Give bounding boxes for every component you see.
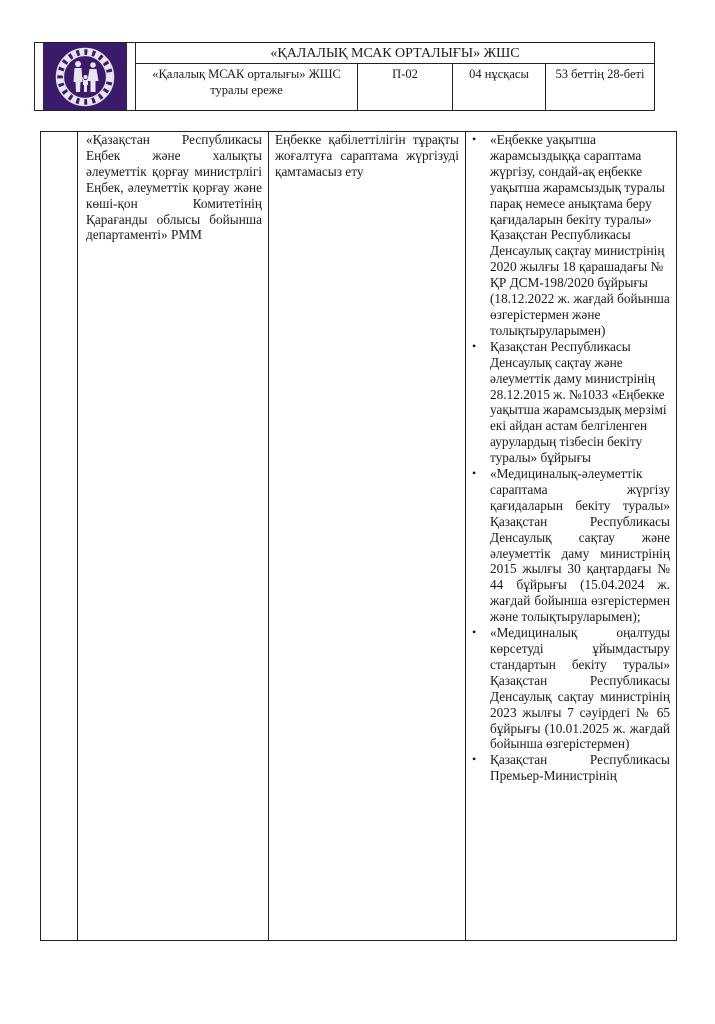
purpose-text: Еңбекке қабілеттілігін тұрақты жоғалтуға… <box>275 132 459 180</box>
purpose-cell: Еңбекке қабілеттілігін тұрақты жоғалтуға… <box>269 132 466 940</box>
bullet-icon: • <box>472 625 476 641</box>
content-table: «Қазақстан Республикасы Еңбек және халық… <box>40 131 677 941</box>
organization-cell: «Қазақстан Республикасы Еңбек және халық… <box>78 132 269 940</box>
document-header: «ҚАЛАЛЫҚ МСАК ОРТАЛЫҒЫ» ЖШС «Қалалық МСА… <box>34 42 655 111</box>
bullet-icon: • <box>472 466 476 482</box>
document-version: 04 нұсқасы <box>453 64 546 110</box>
bullet-icon: • <box>472 339 476 355</box>
reference-text: «Еңбекке уақытша жарамсыздыққа сараптама… <box>490 132 670 338</box>
logo <box>43 43 127 110</box>
row-number-cell <box>41 132 78 940</box>
family-in-circle-logo-icon <box>52 46 118 108</box>
organization-text: «Қазақстан Республикасы Еңбек және халық… <box>86 132 262 243</box>
list-item: • Қазақстан Республикасы Премьер-Министр… <box>466 752 670 784</box>
list-item: • «Медициналық-әлеуметтік сараптама жүрг… <box>466 466 670 625</box>
references-cell: • «Еңбекке уақытша жарамсыздыққа сарапта… <box>466 132 676 940</box>
list-item: • «Медициналық оңалтуды көрсетуді ұйымда… <box>466 625 670 752</box>
organization-title: «ҚАЛАЛЫҚ МСАК ОРТАЛЫҒЫ» ЖШС <box>136 43 654 64</box>
list-item: • «Еңбекке уақытша жарамсыздыққа сарапта… <box>466 132 670 339</box>
reference-text: «Медициналық оңалтуды көрсетуді ұйымдаст… <box>490 625 670 751</box>
bullet-icon: • <box>472 752 476 768</box>
bullet-icon: • <box>472 132 476 148</box>
page-number: 53 беттің 28-беті <box>546 64 654 110</box>
document-code: П-02 <box>358 64 453 110</box>
list-item: • Қазақстан Республикасы Денсаулық сақта… <box>466 339 670 466</box>
logo-cell <box>35 43 136 110</box>
reference-text: Қазақстан Республикасы Денсаулық сақтау … <box>490 339 667 465</box>
reference-text: Қазақстан Республикасы Премьер-Министрін… <box>490 752 670 783</box>
document-name: «Қалалық МСАК орталығы» ЖШС туралы ереже <box>136 64 358 110</box>
references-list: • «Еңбекке уақытша жарамсыздыққа сарапта… <box>466 132 670 784</box>
reference-text: «Медициналық-әлеуметтік сараптама жүргіз… <box>490 466 670 624</box>
